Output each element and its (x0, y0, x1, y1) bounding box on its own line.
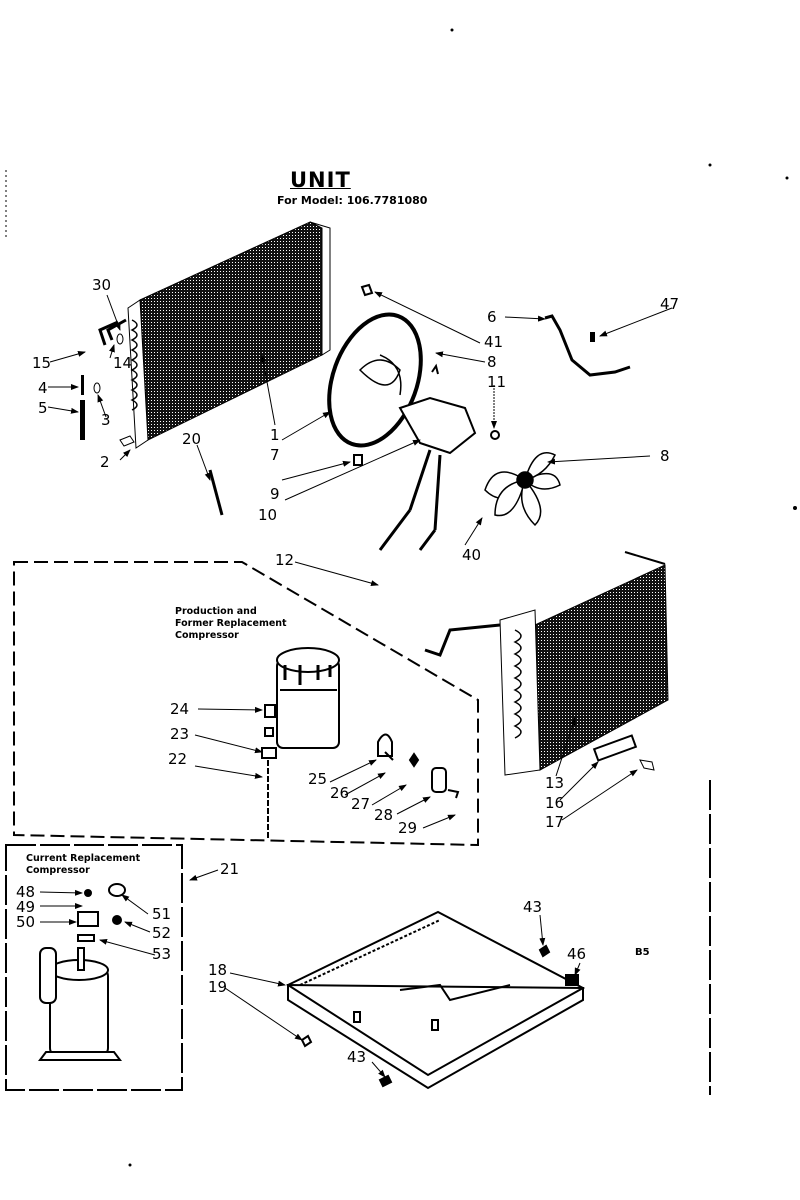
callout: 43 (347, 1050, 366, 1065)
callout: 29 (398, 821, 417, 836)
diagram-title: UNIT (290, 168, 351, 192)
callout: 16 (545, 796, 564, 811)
callout: 10 (258, 508, 277, 523)
callout: 28 (374, 808, 393, 823)
evaporator-coil (425, 552, 668, 775)
callout: 19 (208, 980, 227, 995)
callout: 40 (462, 548, 481, 563)
callout: 18 (208, 963, 227, 978)
callout: 21 (220, 862, 239, 877)
callout: 52 (152, 926, 171, 941)
callout: 17 (545, 815, 564, 830)
parts-diagram: UNIT For Model: 106.7781080 Production a… (0, 0, 800, 1200)
callout: 2 (100, 455, 110, 470)
production-compressor-boundary (14, 562, 478, 845)
current-compressor-label: Current Replacement Compressor (26, 853, 140, 877)
callout: 11 (487, 375, 506, 390)
callout: 26 (330, 786, 349, 801)
callout: 15 (32, 356, 51, 371)
callout: 46 (567, 947, 586, 962)
callout: 14 (113, 356, 132, 371)
callout: 41 (484, 335, 503, 350)
callout: 13 (545, 776, 564, 791)
callout: 47 (660, 297, 679, 312)
callout: 50 (16, 915, 35, 930)
callout: 25 (308, 772, 327, 787)
callout: 23 (170, 727, 189, 742)
model-number: For Model: 106.7781080 (277, 194, 427, 207)
callout: 30 (92, 278, 111, 293)
callout: 1 (270, 428, 280, 443)
production-compressor-label: Production and Former Replacement Compre… (175, 606, 287, 642)
callout: 8 (487, 355, 497, 370)
callout: 20 (182, 432, 201, 447)
callout: 27 (351, 797, 370, 812)
callout: 53 (152, 947, 171, 962)
callout: 8 (660, 449, 670, 464)
callout: 9 (270, 487, 280, 502)
callout: 5 (38, 401, 48, 416)
page-code: B5 (635, 947, 650, 958)
tube (545, 316, 630, 375)
callout: 3 (101, 413, 111, 428)
current-compressor (40, 884, 125, 1060)
blower-assembly (312, 285, 499, 550)
callout: 24 (170, 702, 189, 717)
exploded-view-drawing (0, 0, 800, 1200)
callout: 6 (487, 310, 497, 325)
callout: 51 (152, 907, 171, 922)
callout: 4 (38, 381, 48, 396)
condenser-fan (485, 453, 560, 525)
callout: 7 (270, 448, 280, 463)
callout: 12 (275, 553, 294, 568)
base-pan (288, 912, 583, 1088)
callout: 22 (168, 752, 187, 767)
callout: 43 (523, 900, 542, 915)
